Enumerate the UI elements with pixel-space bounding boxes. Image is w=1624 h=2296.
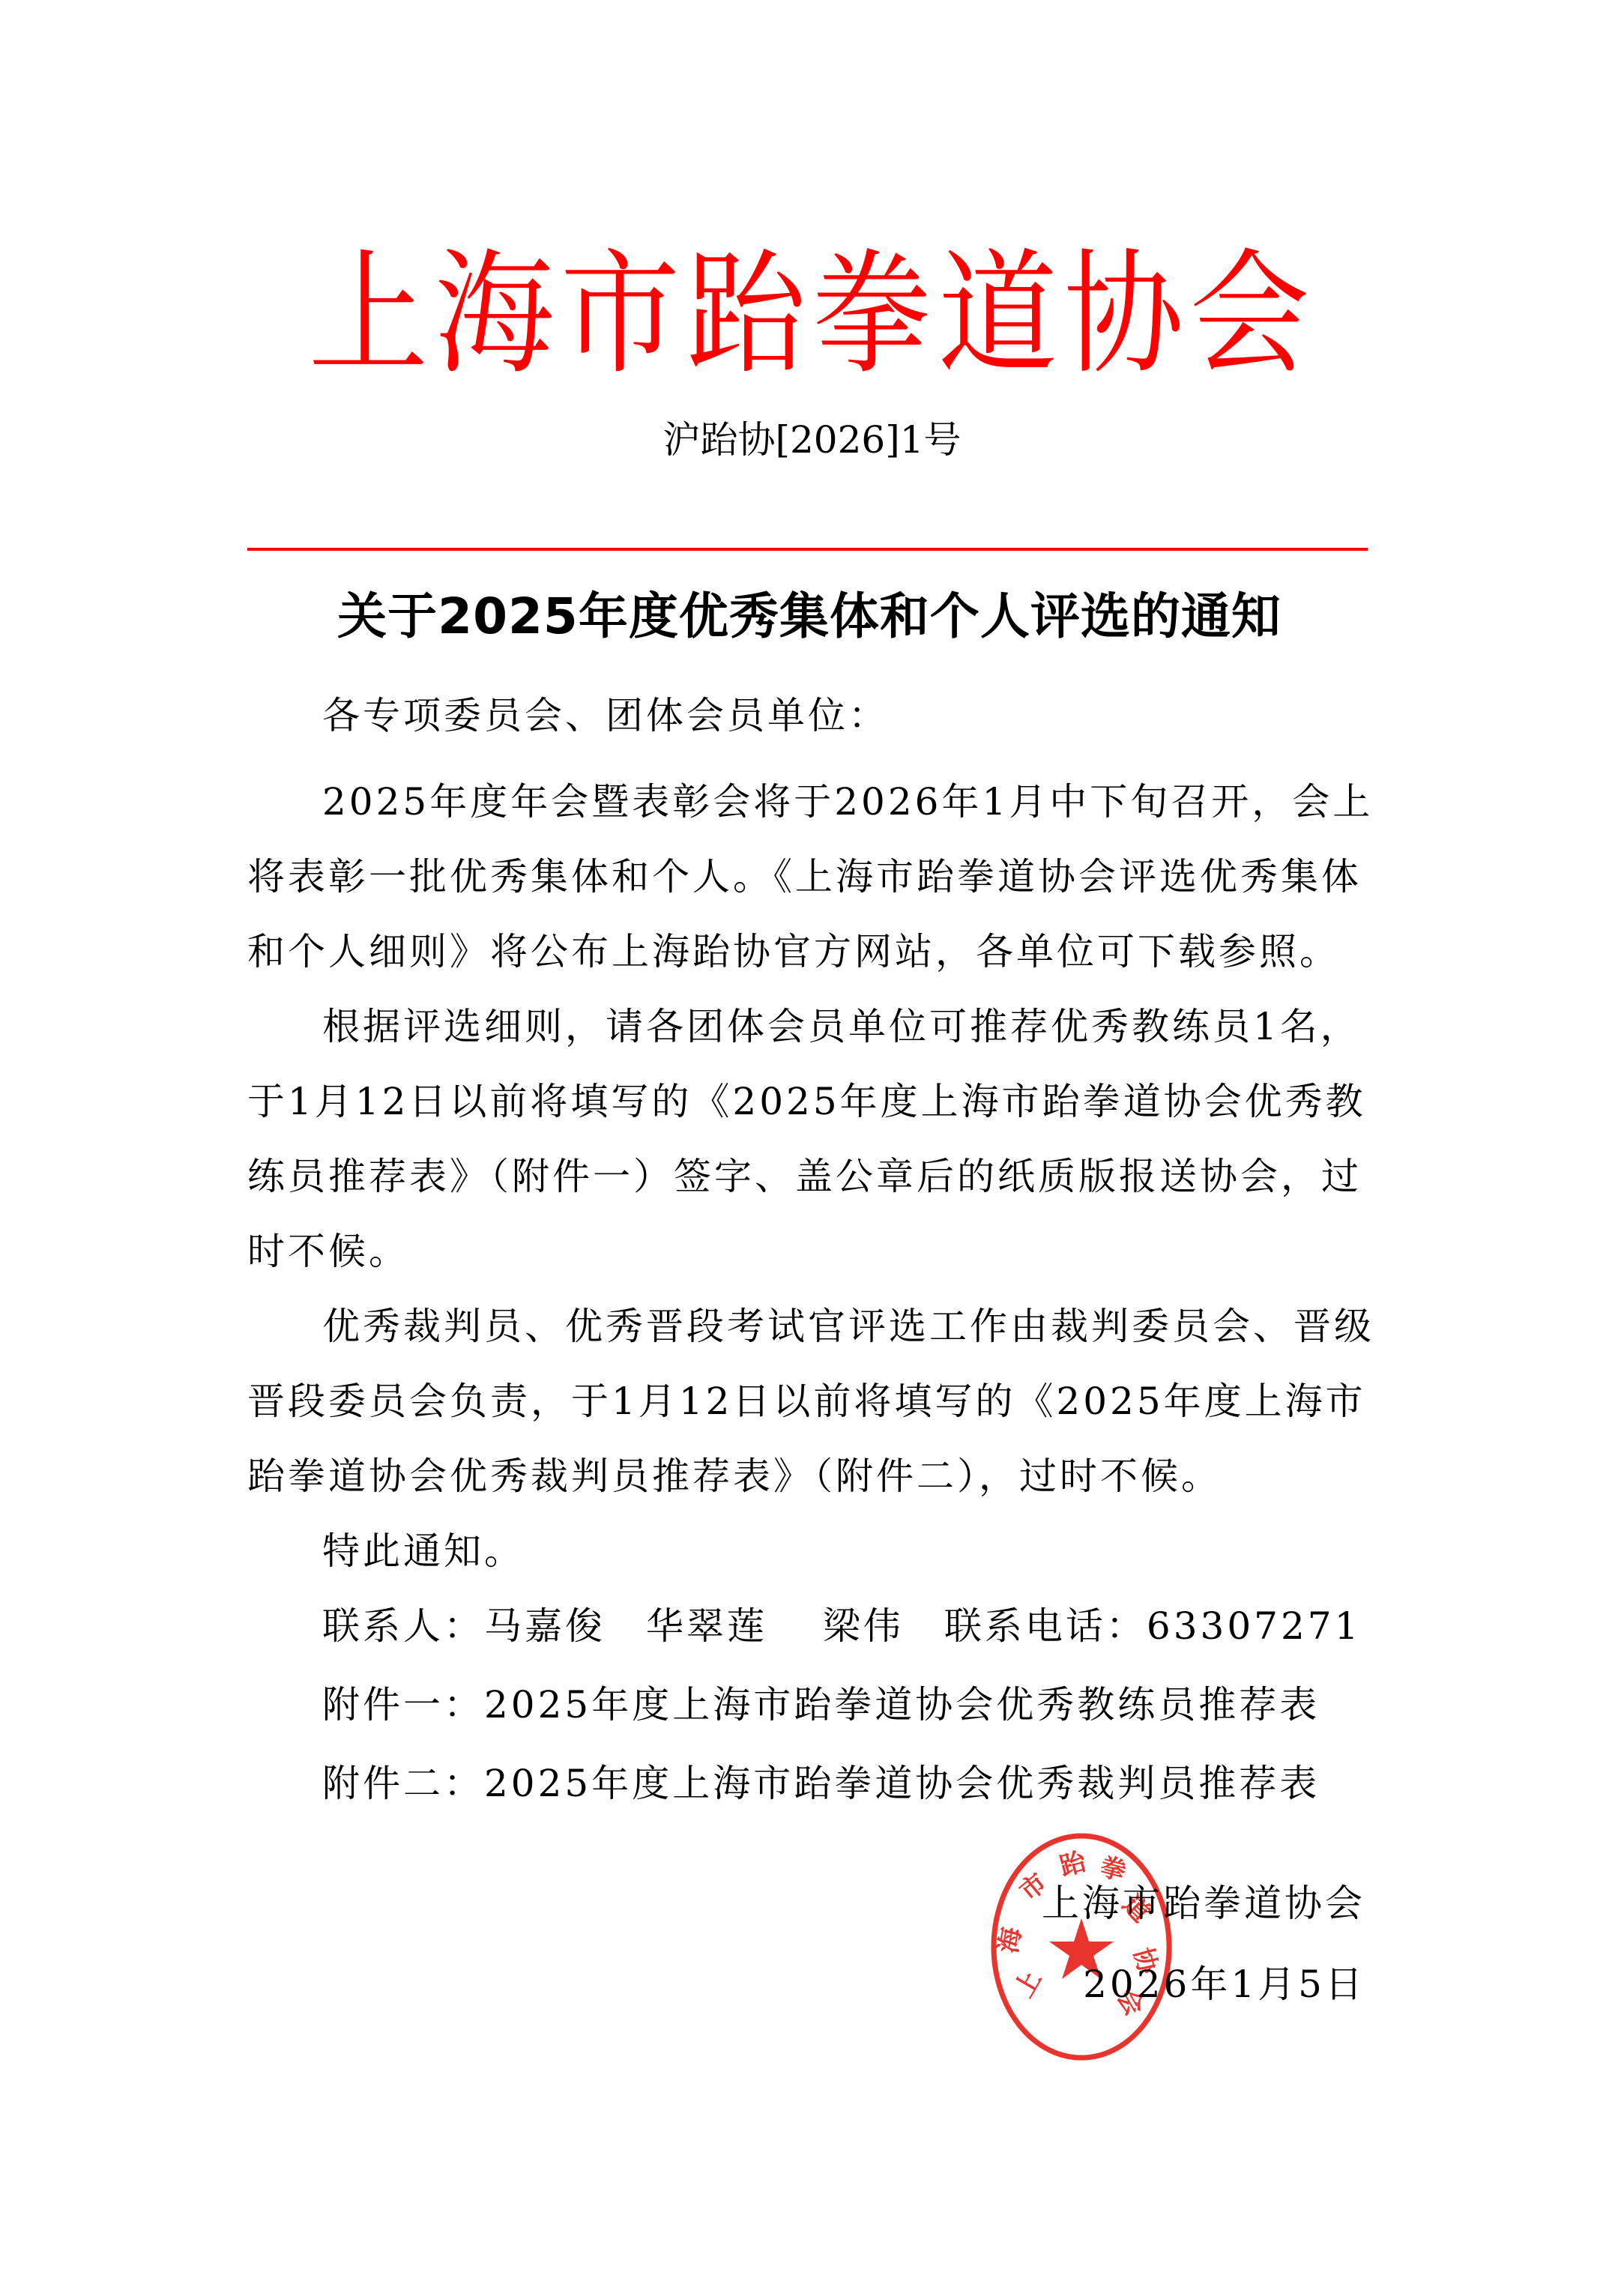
document-page: 上海市跆拳道协会 沪跆协[2026]1号 关于2025年度优秀集体和个人评选的通… (0, 0, 1624, 2296)
paragraph-2-line-4: 时不候。 (247, 1214, 409, 1289)
paragraph-3-line-2: 晋段委员会负责，于1月12日以前将填写的《2025年度上海市 (247, 1364, 1366, 1439)
org-title: 上海市跆拳道协会 (0, 247, 1624, 381)
document-number: 沪跆协[2026]1号 (0, 421, 1624, 459)
paragraph-3-line-3: 跆拳道协会优秀裁判员推荐表》（附件二），过时不候。 (247, 1439, 1222, 1514)
contact-line: 联系人：马嘉俊 华翠莲 梁伟 联系电话：63307271 (322, 1589, 1361, 1664)
paragraph-2-line-3: 练员推荐表》（附件一）签字、盖公章后的纸质版报送协会，过 (247, 1139, 1362, 1214)
svg-text:海: 海 (993, 1925, 1027, 1955)
signature-org: 上海市跆拳道协会 (1042, 1873, 1365, 1927)
signature-date: 2026年1月5日 (1083, 1954, 1365, 2008)
red-divider (247, 548, 1368, 551)
paragraph-1-line-1: 2025年度年会暨表彰会将于2026年1月中下旬召开，会上 (322, 764, 1373, 839)
paragraph-2-line-2: 于1月12日以前将填写的《2025年度上海市跆拳道协会优秀教 (247, 1064, 1366, 1139)
notice-heading: 关于2025年度优秀集体和个人评选的通知 (247, 592, 1371, 641)
attachment-2: 附件二：2025年度上海市跆拳道协会优秀裁判员推荐表 (322, 1746, 1320, 1821)
paragraph-2-line-1: 根据评选细则，请各团体会员单位可推荐优秀教练员1名， (322, 989, 1361, 1064)
closing: 特此通知。 (322, 1514, 525, 1589)
paragraph-3-line-1: 优秀裁判员、优秀晋段考试官评选工作由裁判委员会、晋级 (322, 1289, 1374, 1364)
official-seal-icon: 上 海 市 跆 拳 道 协 会 (988, 1831, 1175, 2063)
paragraph-1-line-3: 和个人细则》将公布上海跆协官方网站，各单位可下载参照。 (247, 914, 1340, 989)
paragraph-1-line-2: 将表彰一批优秀集体和个人。《上海市跆拳道协会评选优秀集体 (247, 839, 1362, 914)
svg-text:上: 上 (1009, 1966, 1048, 2002)
salutation: 各专项委员会、团体会员单位： (322, 678, 889, 753)
attachment-1: 附件一：2025年度上海市跆拳道协会优秀教练员推荐表 (322, 1667, 1320, 1742)
